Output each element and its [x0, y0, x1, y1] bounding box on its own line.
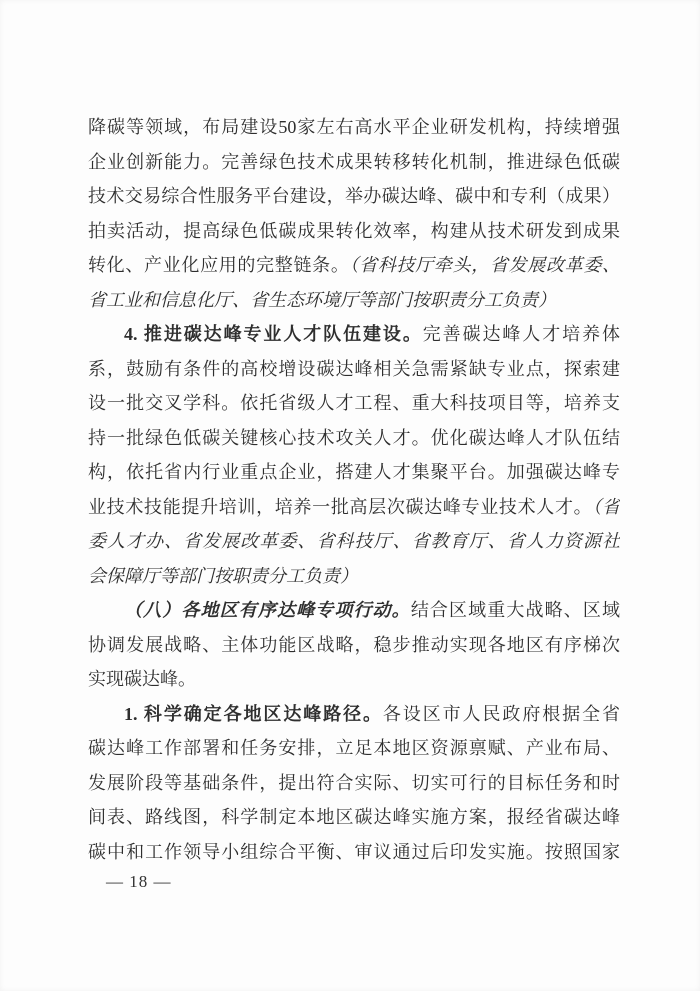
- text-line: 会保障厅等部门按职责分工负责）: [88, 559, 620, 594]
- text-segment-kai: （省: [592, 497, 620, 517]
- text-segment-song-bold: 4. 推进碳达峰专业人才队伍建设。: [124, 324, 423, 344]
- text-segment-song: 设一批交叉学科。依托省级人才工程、重大科技项目等，培养支: [88, 393, 620, 413]
- text-segment-kai: 会保障厅等部门按职责分工负责）: [88, 566, 358, 586]
- document-page: 降碳等领域，布局建设50家左右高水平企业研发机构，持续增强企业创新能力。完善绿色…: [0, 0, 700, 991]
- text-segment-song: 各设区市人民政府根据全省: [383, 704, 620, 724]
- text-line: 企业创新能力。完善绿色技术成果转移转化机制，推进绿色低碳: [88, 145, 620, 180]
- text-segment-kai: 省工业和信息化厅、省生态环境厅等部门按职责分工负责）: [88, 290, 556, 310]
- text-line: 转化、产业化应用的完整链条。（省科技厅牵头，省发展改革委、: [88, 248, 620, 283]
- text-line: 设一批交叉学科。依托省级人才工程、重大科技项目等，培养支: [88, 386, 620, 421]
- text-line: 4. 推进碳达峰专业人才队伍建设。完善碳达峰人才培养体: [88, 317, 620, 352]
- text-line: （八）各地区有序达峰专项行动。结合区域重大战略、区域: [88, 593, 620, 628]
- text-segment-song: 系，鼓励有条件的高校增设碳达峰相关急需紧缺专业点，探索建: [88, 359, 620, 379]
- text-line: 技术交易综合性服务平台建设，举办碳达峰、碳中和专利（成果）: [88, 179, 620, 214]
- text-line: 构，依托省内行业重点企业，搭建人才集聚平台。加强碳达峰专: [88, 455, 620, 490]
- document-body-text: 降碳等领域，布局建设50家左右高水平企业研发机构，持续增强企业创新能力。完善绿色…: [88, 110, 620, 869]
- text-line: 协调发展战略、主体功能区战略，稳步推动实现各地区有序梯次: [88, 628, 620, 663]
- text-segment-song: 完善碳达峰人才培养体: [423, 324, 620, 344]
- text-segment-song: 构，依托省内行业重点企业，搭建人才集聚平台。加强碳达峰专: [88, 462, 620, 482]
- text-line: 降碳等领域，布局建设50家左右高水平企业研发机构，持续增强: [88, 110, 620, 145]
- text-segment-song: 降碳等领域，布局建设50家左右高水平企业研发机构，持续增强: [88, 117, 620, 137]
- text-segment-kai: （省科技厅牵头，省发展改革委、: [350, 255, 621, 275]
- text-segment-song: 技术交易综合性服务平台建设，举办碳达峰、碳中和专利（成果）: [88, 186, 620, 206]
- text-segment-song: 间表、路线图，科学制定本地区碳达峰实施方案，报经省碳达峰: [88, 807, 620, 827]
- text-line: 1. 科学确定各地区达峰路径。各设区市人民政府根据全省: [88, 697, 620, 732]
- text-line: 系，鼓励有条件的高校增设碳达峰相关急需紧缺专业点，探索建: [88, 352, 620, 387]
- text-line: 委人才办、省发展改革委、省科技厅、省教育厅、省人力资源社: [88, 524, 620, 559]
- text-segment-song: 企业创新能力。完善绿色技术成果转移转化机制，推进绿色低碳: [88, 152, 620, 172]
- text-line: 省工业和信息化厅、省生态环境厅等部门按职责分工负责）: [88, 283, 620, 318]
- text-segment-song: 转化、产业化应用的完整链条。: [88, 255, 350, 275]
- text-line: 拍卖活动，提高绿色低碳成果转化效率，构建从技术研发到成果: [88, 214, 620, 249]
- text-segment-song: 结合区域重大战略、区域: [411, 600, 620, 620]
- text-segment-kai-bold: （八）各地区有序达峰专项行动。: [124, 600, 411, 620]
- text-line: 碳中和工作领导小组综合平衡、审议通过后印发实施。按照国家: [88, 835, 620, 870]
- text-segment-song-bold: 1. 科学确定各地区达峰路径。: [124, 704, 383, 724]
- text-segment-song: 碳达峰工作部署和任务安排，立足本地区资源禀赋、产业布局、: [88, 738, 620, 758]
- text-segment-song: 发展阶段等基础条件，提出符合实际、切实可行的目标任务和时: [88, 773, 620, 793]
- text-line: 持一批绿色低碳关键核心技术攻关人才。优化碳达峰人才队伍结: [88, 421, 620, 456]
- text-segment-kai: 委人才办、省发展改革委、省科技厅、省教育厅、省人力资源社: [88, 531, 620, 551]
- text-line: 实现碳达峰。: [88, 662, 620, 697]
- text-line: 发展阶段等基础条件，提出符合实际、切实可行的目标任务和时: [88, 766, 620, 801]
- text-segment-song: 碳中和工作领导小组综合平衡、审议通过后印发实施。按照国家: [88, 842, 620, 862]
- text-segment-song: 拍卖活动，提高绿色低碳成果转化效率，构建从技术研发到成果: [88, 221, 620, 241]
- text-segment-song: 业技术技能提升培训，培养一批高层次碳达峰专业技术人才。: [88, 497, 592, 517]
- text-segment-song: 持一批绿色低碳关键核心技术攻关人才。优化碳达峰人才队伍结: [88, 428, 620, 448]
- text-segment-song: 实现碳达峰。: [88, 669, 196, 689]
- text-line: 业技术技能提升培训，培养一批高层次碳达峰专业技术人才。（省: [88, 490, 620, 525]
- text-segment-song: 协调发展战略、主体功能区战略，稳步推动实现各地区有序梯次: [88, 635, 620, 655]
- page-number: — 18 —: [106, 872, 172, 892]
- text-line: 间表、路线图，科学制定本地区碳达峰实施方案，报经省碳达峰: [88, 800, 620, 835]
- text-line: 碳达峰工作部署和任务安排，立足本地区资源禀赋、产业布局、: [88, 731, 620, 766]
